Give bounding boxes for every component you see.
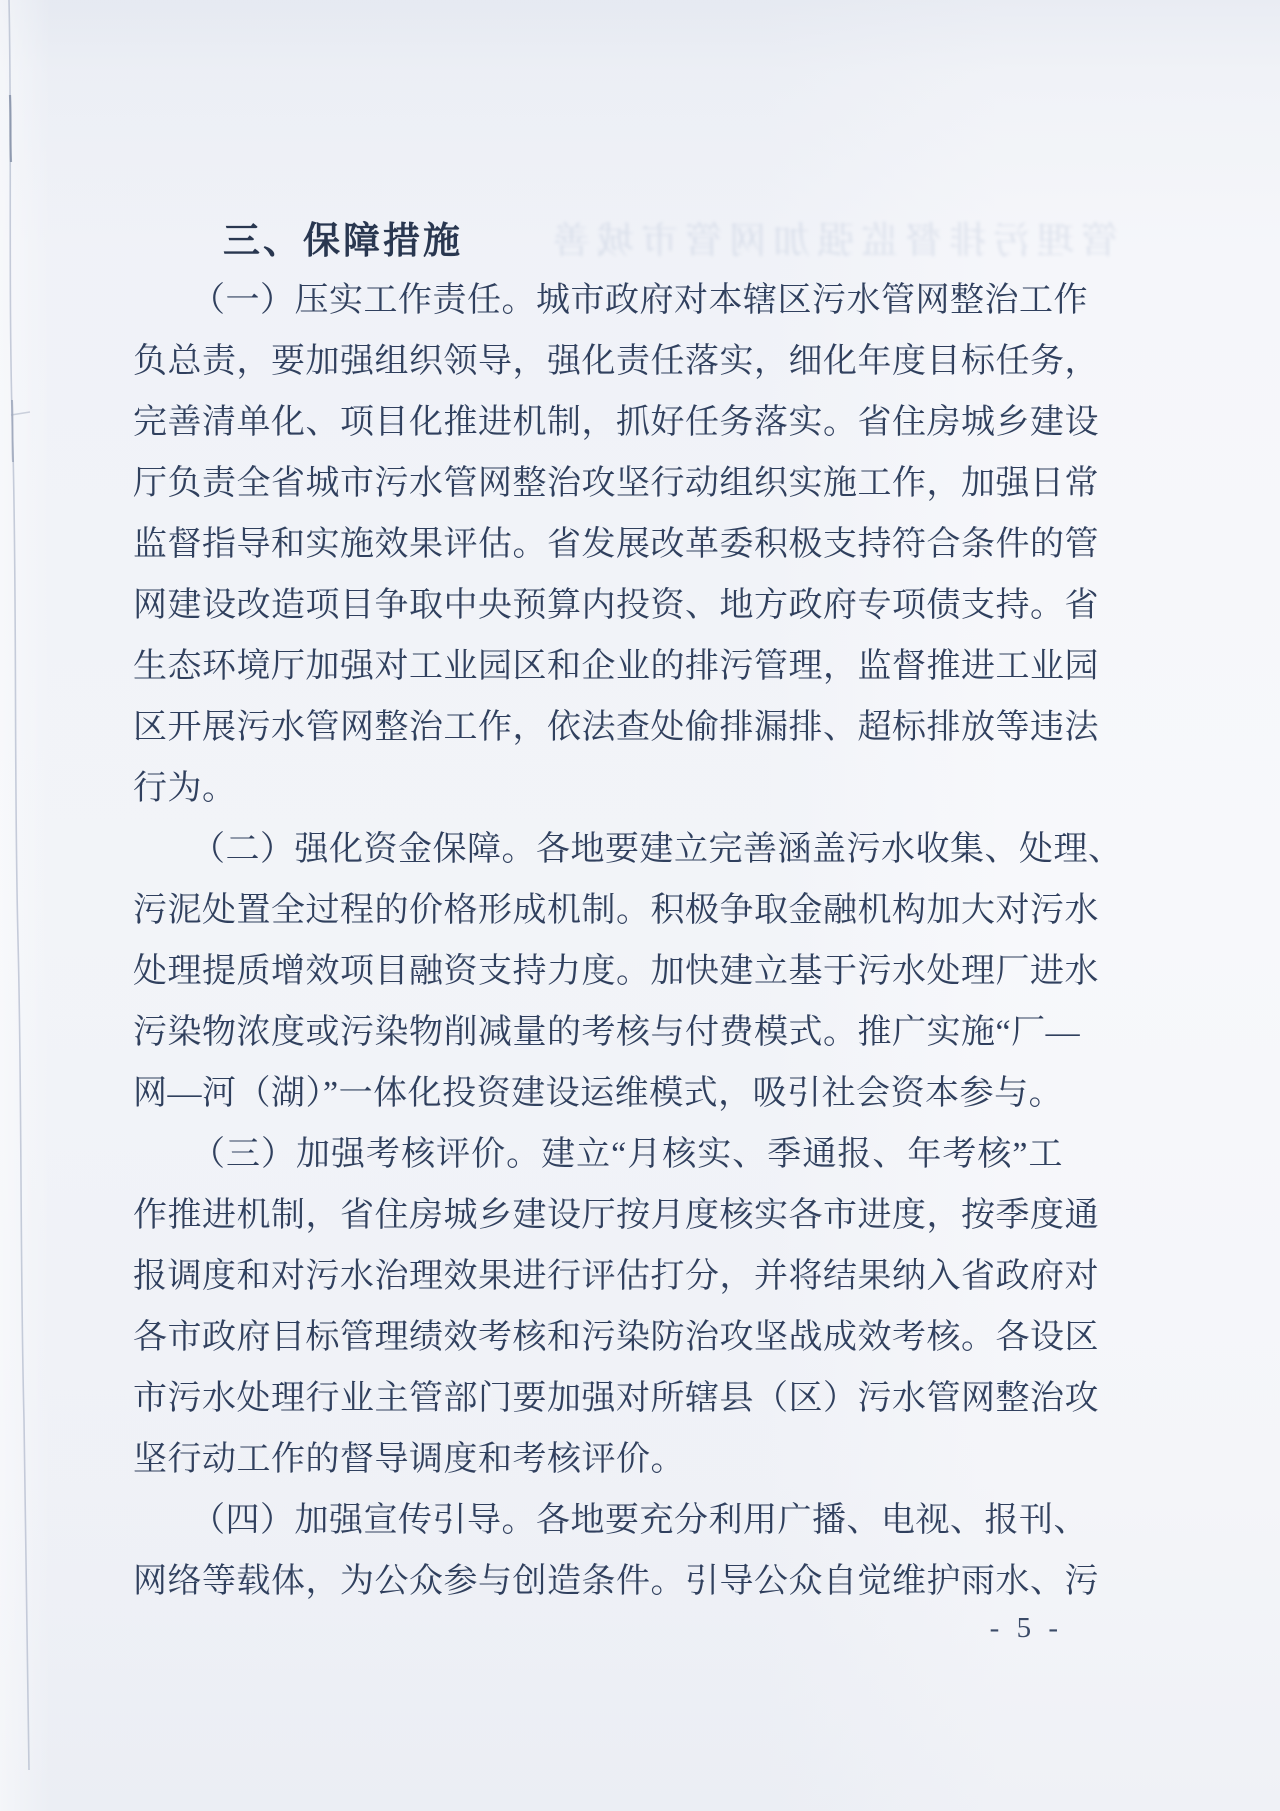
- text-line: 污染物浓度或污染物削减量的考核与付费模式。推广实施“厂—: [133, 1002, 1063, 1063]
- text-line: （四）加强宣传引导。各地要充分利用广播、电视、报刊、: [133, 1490, 1063, 1551]
- section-heading: 三、保障措施: [133, 212, 1063, 270]
- text-line: （二）强化资金保障。各地要建立完善涵盖污水收集、处理、: [133, 819, 1063, 880]
- text-line: 完善清单化、项目化推进机制，抓好任务落实。省住房城乡建设: [133, 392, 1063, 453]
- document-body: 三、保障措施 （一）压实工作责任。城市政府对本辖区污水管网整治工作负总责，要加强…: [133, 212, 1063, 1612]
- text-line: 负总责，要加强组织领导，强化责任落实，细化年度目标任务，: [133, 331, 1063, 392]
- text-line: 行为。: [133, 758, 1063, 819]
- text-line: 区开展污水管网整治工作，依法查处偷排漏排、超标排放等违法: [133, 697, 1063, 758]
- text-line: 网—河（湖）”一体化投资建设运维模式，吸引社会资本参与。: [133, 1063, 1063, 1124]
- scan-edge-artifact: [0, 0, 44, 1811]
- text-line: 作推进机制，省住房城乡建设厅按月度核实各市进度，按季度通: [133, 1185, 1063, 1246]
- text-line: 报调度和对污水治理效果进行评估打分，并将结果纳入省政府对: [133, 1246, 1063, 1307]
- text-line: 网络等载体，为公众参与创造条件。引导公众自觉维护雨水、污: [133, 1551, 1063, 1612]
- text-line: 坚行动工作的督导调度和考核评价。: [133, 1429, 1063, 1490]
- page-number: - 5 -: [133, 1612, 1063, 1645]
- text-line: 市污水处理行业主管部门要加强对所辖县（区）污水管网整治攻: [133, 1368, 1063, 1429]
- scanned-document-page: { "document": { "heading": "三、保障措施", "pa…: [0, 0, 1280, 1811]
- text-line: 污泥处置全过程的价格形成机制。积极争取金融机构加大对污水: [133, 880, 1063, 941]
- text-line: 厅负责全省城市污水管网整治攻坚行动组织实施工作，加强日常: [133, 453, 1063, 514]
- text-line: 监督指导和实施效果评估。省发展改革委积极支持符合条件的管: [133, 514, 1063, 575]
- text-lines: （一）压实工作责任。城市政府对本辖区污水管网整治工作负总责，要加强组织领导，强化…: [133, 270, 1063, 1612]
- text-line: 网建设改造项目争取中央预算内投资、地方政府专项债支持。省: [133, 575, 1063, 636]
- text-line: 生态环境厅加强对工业园区和企业的排污管理，监督推进工业园: [133, 636, 1063, 697]
- text-line: （一）压实工作责任。城市政府对本辖区污水管网整治工作: [133, 270, 1063, 331]
- text-line: （三）加强考核评价。建立“月核实、季通报、年考核”工: [133, 1124, 1063, 1185]
- text-line: 处理提质增效项目融资支持力度。加快建立基于污水处理厂进水: [133, 941, 1063, 1002]
- text-line: 各市政府目标管理绩效考核和污染防治攻坚战成效考核。各设区: [133, 1307, 1063, 1368]
